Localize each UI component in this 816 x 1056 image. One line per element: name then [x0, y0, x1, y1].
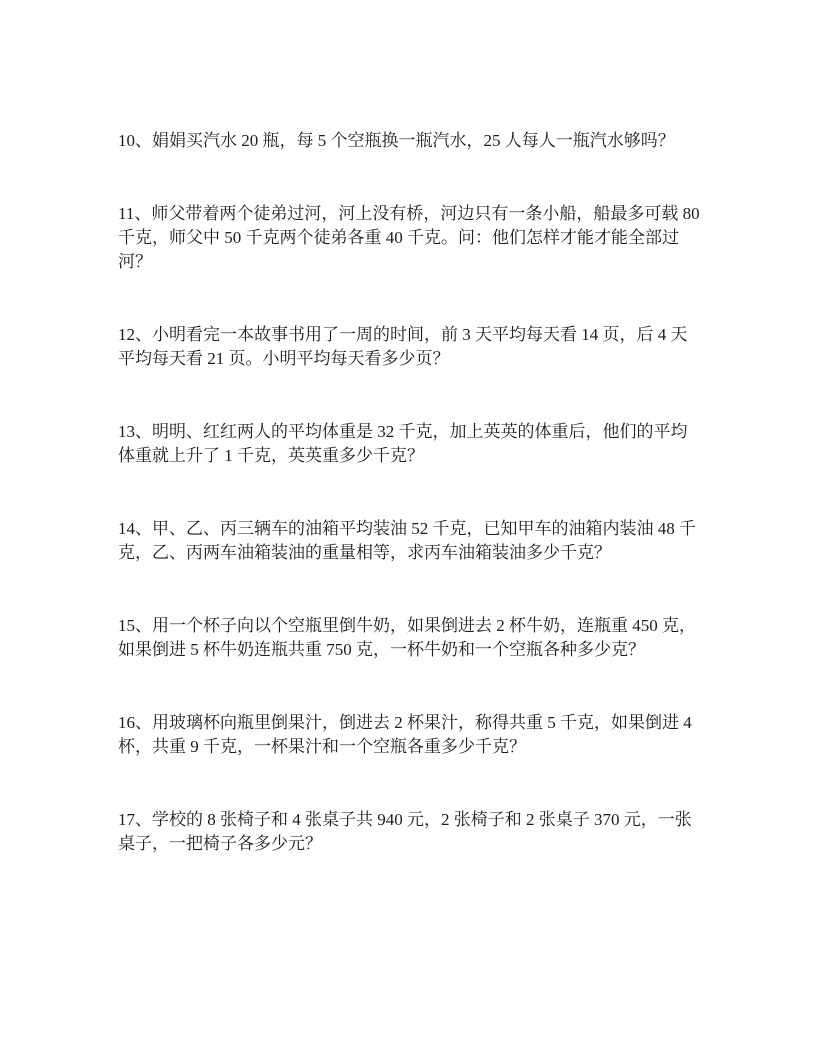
problem-15: 15、用一个杯子向以个空瓶里倒牛奶，如果倒进去 2 杯牛奶，连瓶重 450 克，… — [118, 614, 702, 662]
problem-17: 17、学校的 8 张椅子和 4 张桌子共 940 元，2 张椅子和 2 张桌子 … — [118, 808, 702, 856]
document-page: 10、娟娟买汽水 20 瓶，每 5 个空瓶换一瓶汽水，25 人每人一瓶汽水够吗？… — [0, 0, 816, 1056]
problem-11: 11、师父带着两个徒弟过河，河上没有桥，河边只有一条小船，船最多可载 80 千克… — [118, 202, 702, 274]
problem-16: 16、用玻璃杯向瓶里倒果汁，倒进去 2 杯果汁，称得共重 5 千克，如果倒进 4… — [118, 711, 702, 759]
problem-12: 12、小明看完一本故事书用了一周的时间，前 3 天平均每天看 14 页，后 4 … — [118, 323, 702, 371]
problem-14: 14、甲、乙、丙三辆车的油箱平均装油 52 千克，已知甲车的油箱内装油 48 千… — [118, 517, 702, 565]
problem-10: 10、娟娟买汽水 20 瓶，每 5 个空瓶换一瓶汽水，25 人每人一瓶汽水够吗？ — [118, 129, 702, 153]
worksheet-body: 10、娟娟买汽水 20 瓶，每 5 个空瓶换一瓶汽水，25 人每人一瓶汽水够吗？… — [118, 129, 702, 856]
problem-13: 13、明明、红红两人的平均体重是 32 千克，加上英英的体重后，他们的平均体重就… — [118, 420, 702, 468]
